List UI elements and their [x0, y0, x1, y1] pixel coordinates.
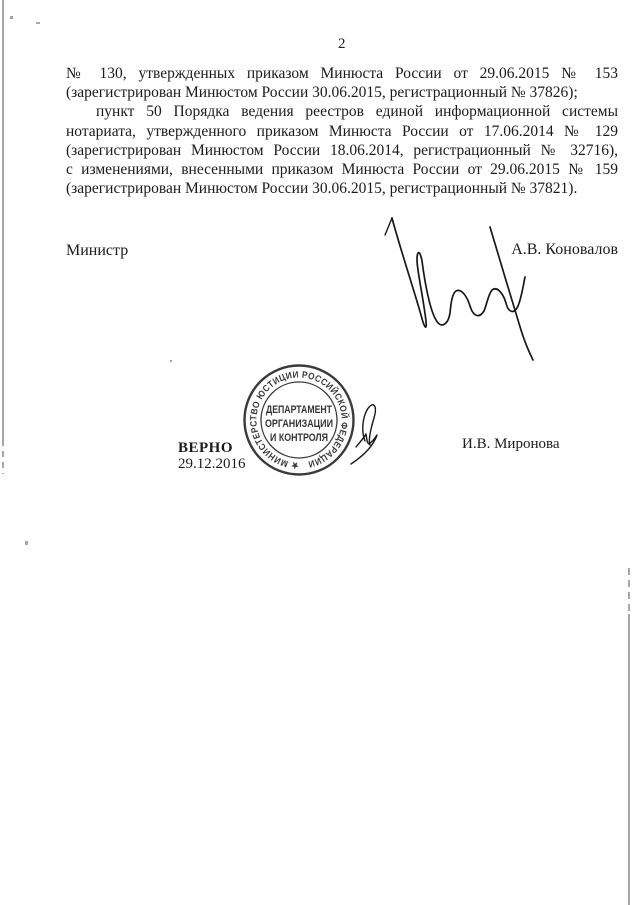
scan-speck [36, 22, 40, 24]
document-body: № 130, утвержденных приказом Минюста Рос… [66, 64, 618, 198]
minister-title: Министр [66, 242, 128, 260]
scan-speck [170, 360, 172, 362]
certification-date: 29.12.2016 [178, 456, 246, 473]
document-line: (зарегистрирован Минюстом России 30.06.2… [66, 83, 618, 102]
minister-signature-image [380, 210, 540, 365]
stamp-center-line: И КОНТРОЛЯ [270, 432, 328, 444]
scanned-document-page: { "page": { "number": "2" }, "body": { "… [0, 0, 640, 905]
scan-edge-line-left [2, 0, 4, 440]
document-line: (зарегистрирован Минюстом России 18.06.2… [66, 141, 618, 160]
document-line: пункт 50 Порядка ведения реестров единой… [66, 102, 618, 121]
stamp-center-line: ДЕПАРТАМЕНТ [266, 404, 332, 416]
document-line: (зарегистрирован Минюстом России 30.06.2… [66, 179, 618, 198]
document-line: нотариата, утвержденного приказом Минюст… [66, 122, 618, 141]
certifier-name: И.В. Миронова [462, 436, 560, 453]
certified-true-label: ВЕРНО [178, 440, 233, 457]
document-line: с изменениями, внесенными приказом Минюс… [66, 160, 618, 179]
scan-edge-line-left-fade [2, 440, 4, 474]
scan-edge-line-right [628, 614, 630, 905]
scan-speck [10, 16, 13, 19]
stamp-center-line: ОРГАНИЗАЦИИ [265, 418, 333, 430]
certifier-signature-image [341, 397, 386, 467]
scan-edge-line-right-fade [628, 568, 630, 614]
scan-speck [25, 541, 28, 545]
page-number: 2 [66, 36, 618, 53]
document-line: № 130, утвержденных приказом Минюста Рос… [66, 64, 618, 83]
